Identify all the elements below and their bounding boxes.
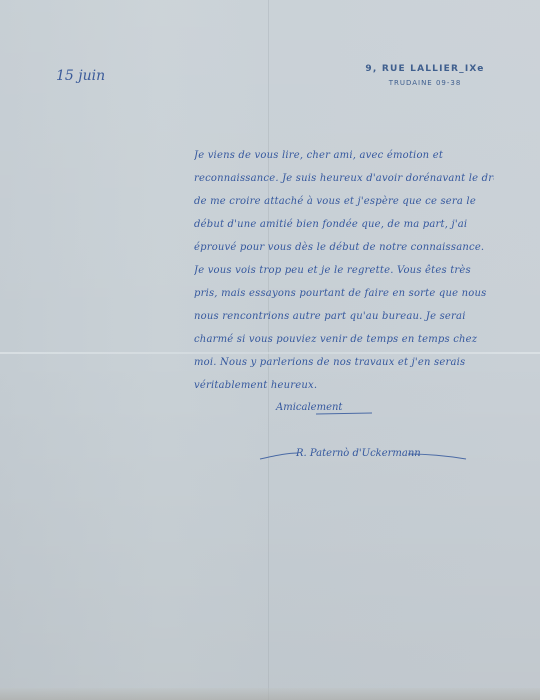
body-line: de me croire attaché à vous et j'espère … <box>194 190 494 213</box>
body-line: moi. Nous y parlerions de nos travaux et… <box>194 351 494 374</box>
letter-closing: Amicalement <box>276 402 342 413</box>
body-line: charmé si vous pouviez venir de temps en… <box>194 328 494 351</box>
letterhead: 9, RUE LALLIER_IXe TRUDAINE 09-38 <box>360 64 490 87</box>
body-line: nous rencontrions autre part qu'au burea… <box>194 305 494 328</box>
body-line: Je vous vois trop peu et je le regrette.… <box>194 259 494 282</box>
letter-page: 9, RUE LALLIER_IXe TRUDAINE 09-38 15 jui… <box>0 0 540 700</box>
body-line: reconnaissance. Je suis heureux d'avoir … <box>194 167 494 190</box>
body-line: éprouvé pour vous dès le début de notre … <box>194 236 494 259</box>
paper-bottom-edge <box>0 688 540 700</box>
letterhead-phone: TRUDAINE 09-38 <box>360 79 490 87</box>
body-line: pris, mais essayons pourtant de faire en… <box>194 282 494 305</box>
closing-flourish-line <box>316 413 372 415</box>
letter-signature: R. Paternò d'Uckermann <box>296 448 421 459</box>
body-line: Je viens de vous lire, cher ami, avec ém… <box>194 144 494 167</box>
body-line: véritablement heureux. <box>194 374 494 397</box>
body-line: début d'une amitié bien fondée que, de m… <box>194 213 494 236</box>
letter-body: Je viens de vous lire, cher ami, avec ém… <box>194 144 494 397</box>
letter-date: 15 juin <box>56 68 105 84</box>
letterhead-address: 9, RUE LALLIER_IXe <box>360 64 490 74</box>
